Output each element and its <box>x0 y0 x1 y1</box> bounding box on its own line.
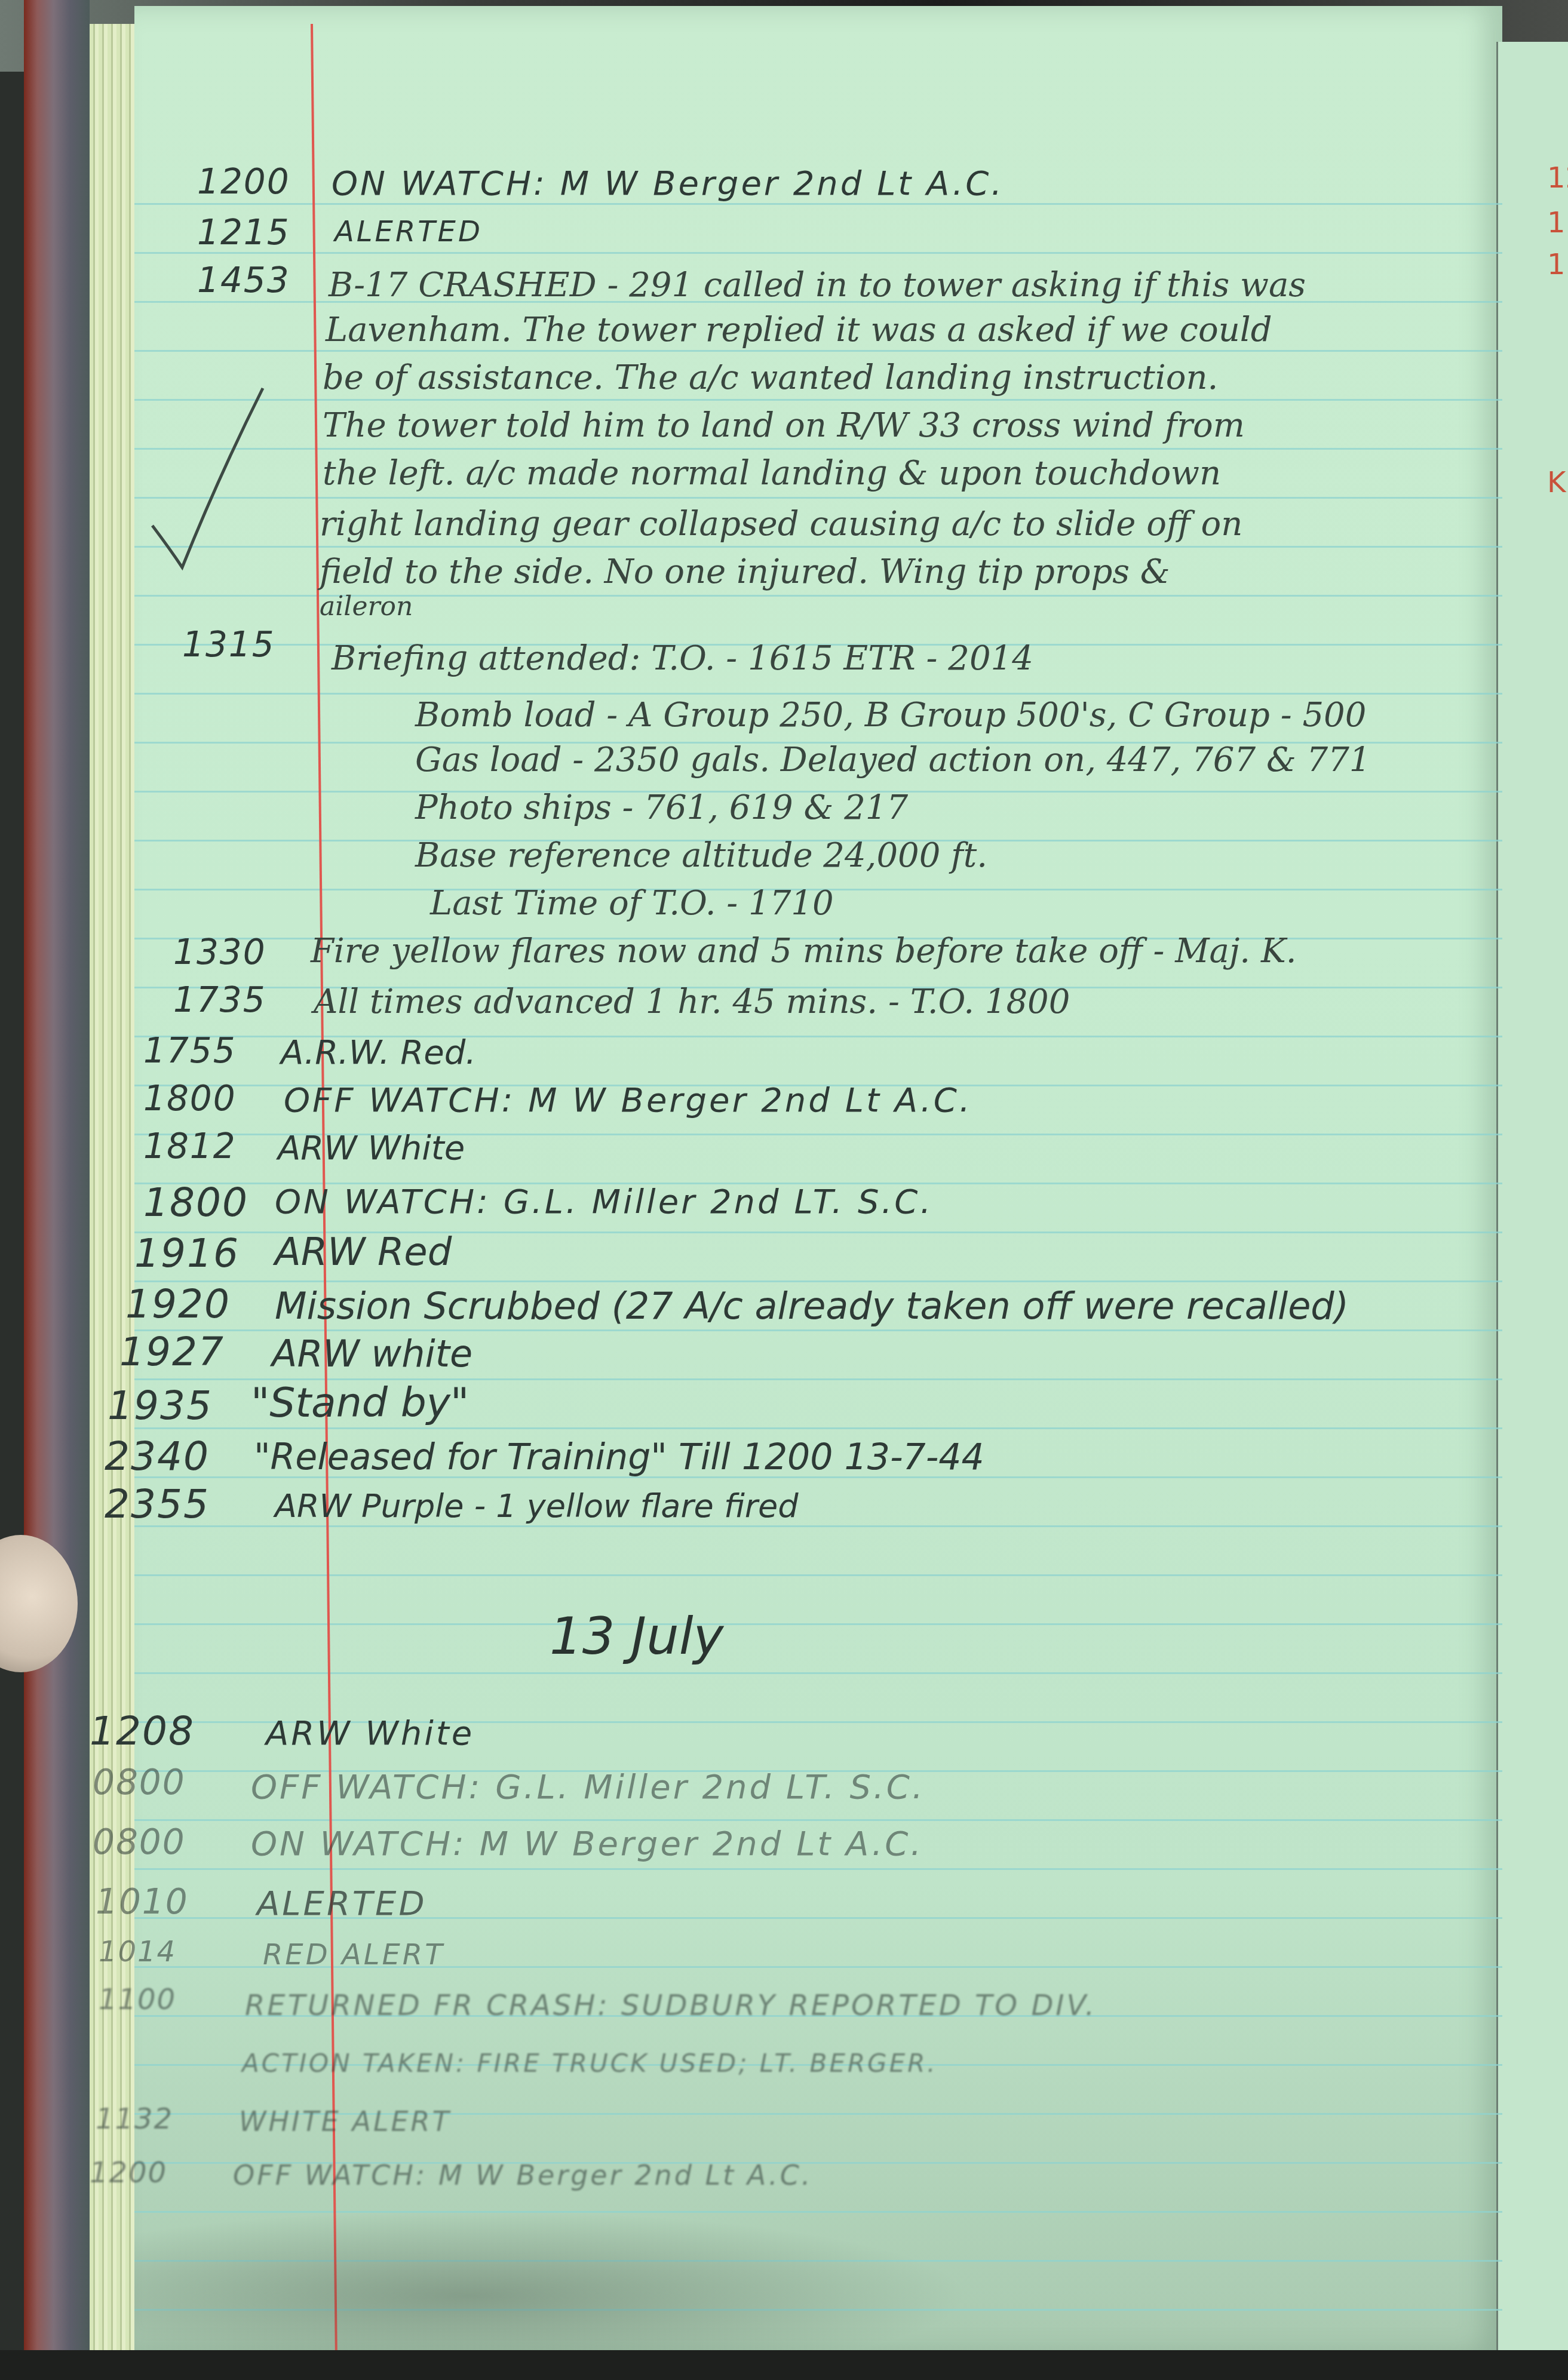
entry-time: 2355 <box>105 1481 210 1527</box>
entry-time: 0800 <box>93 1762 186 1802</box>
entry-line: ACTION TAKEN: FIRE TRUCK USED; LT. BERGE… <box>242 2049 938 2078</box>
entry-time: 1330 <box>173 932 266 972</box>
entry-text: ON WATCH: M W Berger 2nd Lt A.C. <box>251 1825 923 1863</box>
entry-line: The tower told him to land on R/W 33 cro… <box>323 406 1245 445</box>
ruled-line <box>134 497 1502 499</box>
entry-time: 1453 <box>197 260 290 300</box>
ruled-line <box>134 203 1502 205</box>
entry-time: 1800 <box>143 1180 248 1226</box>
ruled-line <box>134 1280 1502 1282</box>
entry-time: 1800 <box>143 1078 237 1119</box>
ruled-line <box>134 1525 1502 1527</box>
ruled-line <box>134 1672 1502 1674</box>
facing-page <box>1496 42 1568 2371</box>
entry-text: "Released for Training" Till 1200 13-7-4… <box>254 1436 984 1478</box>
entry-line: Briefing attended: T.O. - 1615 ETR - 201… <box>332 639 1033 678</box>
entry-text: ALERTED <box>257 1884 427 1923</box>
entry-time: 1920 <box>125 1281 231 1327</box>
facing-page-mark: K <box>1547 466 1566 499</box>
entry-text: ARW Purple - 1 yellow flare fired <box>275 1487 799 1525</box>
entry-text: WHITE ALERT <box>239 2105 452 2138</box>
ruled-line <box>134 448 1502 450</box>
ruled-line <box>134 350 1502 352</box>
entry-text: ALERTED <box>335 215 483 248</box>
entry-line: right landing gear collapsed causing a/c… <box>320 505 1242 543</box>
date-heading: 13 July <box>550 1607 723 1666</box>
entry-line: be of assistance. The a/c wanted landing… <box>323 358 1218 397</box>
entry-time: 1916 <box>134 1230 240 1276</box>
ruled-line <box>134 546 1502 548</box>
ruled-line <box>134 1329 1502 1331</box>
entry-text: ON WATCH: G.L. Miller 2nd LT. S.C. <box>275 1183 933 1221</box>
entry-line: aileron <box>320 591 413 622</box>
ruled-line <box>134 252 1502 254</box>
entry-text: "Stand by" <box>251 1380 469 1427</box>
entry-text: ARW Red <box>275 1230 452 1275</box>
entry-line: RETURNED FR CRASH: SUDBURY REPORTED TO D… <box>245 1989 1097 2022</box>
entry-text: ON WATCH: M W Berger 2nd Lt A.C. <box>332 164 1004 203</box>
check-mark-icon <box>146 376 266 579</box>
entry-text: ARW white <box>272 1332 472 1375</box>
ruled-line <box>134 399 1502 401</box>
entry-line: Lavenham. The tower replied it was a ask… <box>326 311 1272 349</box>
entry-text: Mission Scrubbed (27 A/c already taken o… <box>275 1284 1349 1328</box>
entry-time: 1735 <box>173 979 266 1020</box>
entry-time: 1010 <box>96 1881 189 1922</box>
ruled-line <box>134 1427 1502 1429</box>
ruled-line <box>134 1574 1502 1576</box>
entry-text: A.R.W. Red. <box>281 1033 476 1072</box>
entry-line: Photo ships - 761, 619 & 217 <box>415 788 908 827</box>
entry-text: ARW White <box>266 1714 474 1753</box>
entry-text: All times advanced 1 hr. 45 mins. - T.O.… <box>314 982 1070 1021</box>
entry-text: ARW White <box>278 1129 465 1168</box>
facing-page-mark: 1 <box>1547 248 1566 281</box>
entry-line: Last Time of T.O. - 1710 <box>430 884 834 923</box>
entry-time: 1014 <box>99 1935 176 1969</box>
book-spine <box>24 0 90 2380</box>
entry-line: Bomb load - A Group 250, B Group 500's, … <box>415 696 1366 735</box>
entry-time: 2340 <box>105 1433 210 1479</box>
facing-page-mark: 12 <box>1547 161 1568 195</box>
entry-time: 1208 <box>90 1708 195 1754</box>
entry-time: 1100 <box>99 1983 176 2016</box>
ruled-line <box>134 1819 1502 1821</box>
entry-time: 1935 <box>108 1383 213 1429</box>
entry-text: OFF WATCH: G.L. Miller 2nd LT. S.C. <box>251 1768 925 1807</box>
entry-time: 1200 <box>90 2156 167 2189</box>
table-edge <box>0 2350 1568 2380</box>
entry-text: RED ALERT <box>263 1938 444 1971</box>
entry-time: 1132 <box>96 2102 173 2136</box>
entry-time: 1927 <box>119 1329 225 1375</box>
entry-time: 1755 <box>143 1030 237 1071</box>
entry-time: 1200 <box>197 161 290 202</box>
ruled-line <box>134 693 1502 695</box>
entry-text: OFF WATCH: M W Berger 2nd Lt A.C. <box>284 1081 972 1120</box>
entry-text: Fire yellow flares now and 5 mins before… <box>311 932 1297 971</box>
page-shadow <box>134 2210 971 2353</box>
entry-line: B-17 CRASHED - 291 called in to tower as… <box>329 266 1306 305</box>
entry-line: field to the side. No one injured. Wing … <box>320 552 1170 591</box>
entry-time: 1215 <box>197 212 290 253</box>
entry-line: the left. a/c made normal landing & upon… <box>323 454 1221 493</box>
entry-time: 1315 <box>182 624 275 665</box>
ruled-line <box>134 1868 1502 1870</box>
ruled-line <box>134 1623 1502 1625</box>
entry-line: Base reference altitude 24,000 ft. <box>415 836 987 875</box>
entry-text: OFF WATCH: M W Berger 2nd Lt A.C. <box>233 2159 812 2191</box>
entry-time: 0800 <box>93 1822 186 1862</box>
entry-line: Gas load - 2350 gals. Delayed action on,… <box>415 741 1370 779</box>
entry-time: 1812 <box>143 1126 237 1166</box>
facing-page-mark: 1 <box>1547 206 1566 239</box>
